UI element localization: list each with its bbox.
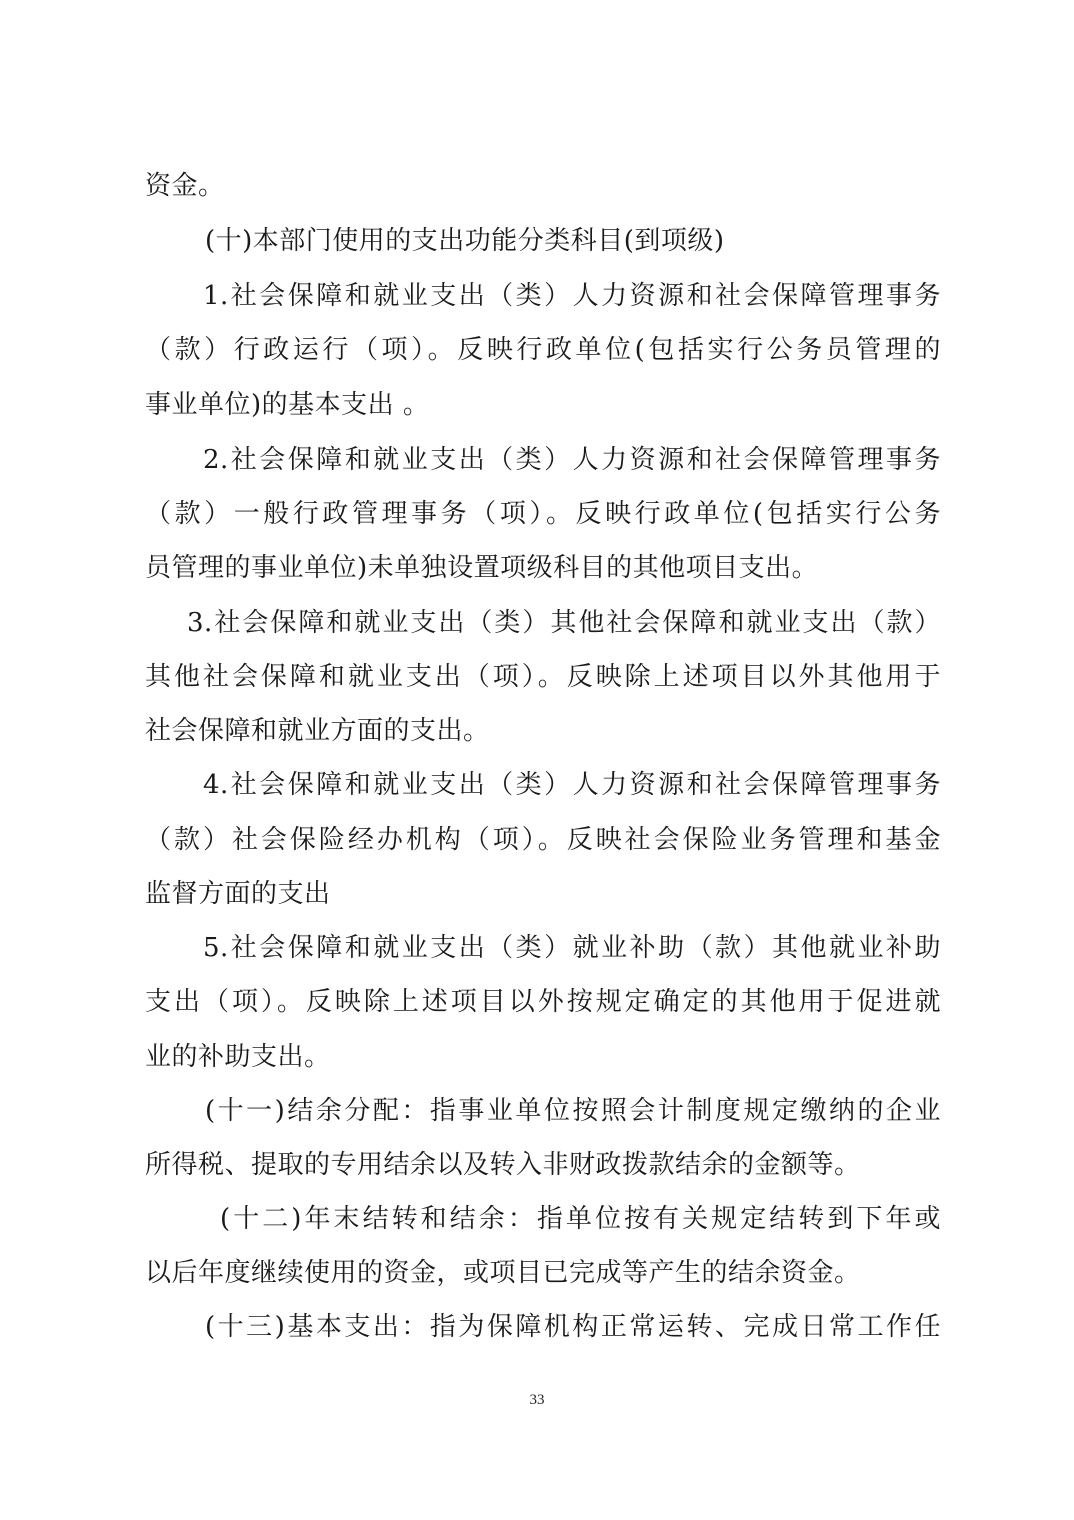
text-line: 监督方面的支出	[145, 874, 941, 914]
page-number: 33	[0, 1392, 1074, 1409]
text-line: 2.社会保障和就业支出（类）人力资源和社会保障管理事务	[203, 440, 941, 480]
text-line: 3.社会保障和就业支出（类）其他社会保障和就业支出（款）	[187, 603, 941, 643]
text-line: (十)本部门使用的支出功能分类科目(到项级)	[205, 221, 941, 261]
text-line: (十三)基本支出：指为保障机构正常运转、完成日常工作任	[205, 1307, 941, 1347]
text-line: (十一)结余分配：指事业单位按照会计制度规定缴纳的企业	[205, 1091, 941, 1131]
text-line: 资金。	[145, 166, 941, 206]
text-line: 其他社会保障和就业支出（项）。反映除上述项目以外其他用于	[145, 657, 941, 697]
text-line: 所得税、提取的专用结余以及转入非财政拨款结余的金额等。	[145, 1145, 941, 1185]
text-line: 事业单位)的基本支出 。	[145, 385, 941, 425]
text-line: 员管理的事业单位)未单独设置项级科目的其他项目支出。	[145, 548, 941, 588]
text-line: （款）行政运行（项）。反映行政单位(包括实行公务员管理的	[145, 330, 941, 370]
text-line: 业的补助支出。	[145, 1037, 941, 1077]
document-page: 资金。(十)本部门使用的支出功能分类科目(到项级)1.社会保障和就业支出（类）人…	[0, 0, 1074, 1520]
text-line: 支出（项）。反映除上述项目以外按规定确定的其他用于促进就	[145, 982, 941, 1022]
text-line: 4.社会保障和就业支出（类）人力资源和社会保障管理事务	[203, 765, 941, 805]
text-line: （款）社会保险经办机构（项）。反映社会保险业务管理和基金	[145, 820, 941, 860]
text-line: (十二)年末结转和结余：指单位按有关规定结转到下年或	[220, 1199, 941, 1239]
text-line: 5.社会保障和就业支出（类）就业补助（款）其他就业补助	[203, 928, 941, 968]
text-line: 1.社会保障和就业支出（类）人力资源和社会保障管理事务	[203, 276, 941, 316]
text-line: 以后年度继续使用的资金，或项目已完成等产生的结余资金。	[145, 1253, 941, 1293]
text-line: （款）一般行政管理事务（项）。反映行政单位(包括实行公务	[145, 494, 941, 534]
text-line: 社会保障和就业方面的支出。	[145, 711, 941, 751]
